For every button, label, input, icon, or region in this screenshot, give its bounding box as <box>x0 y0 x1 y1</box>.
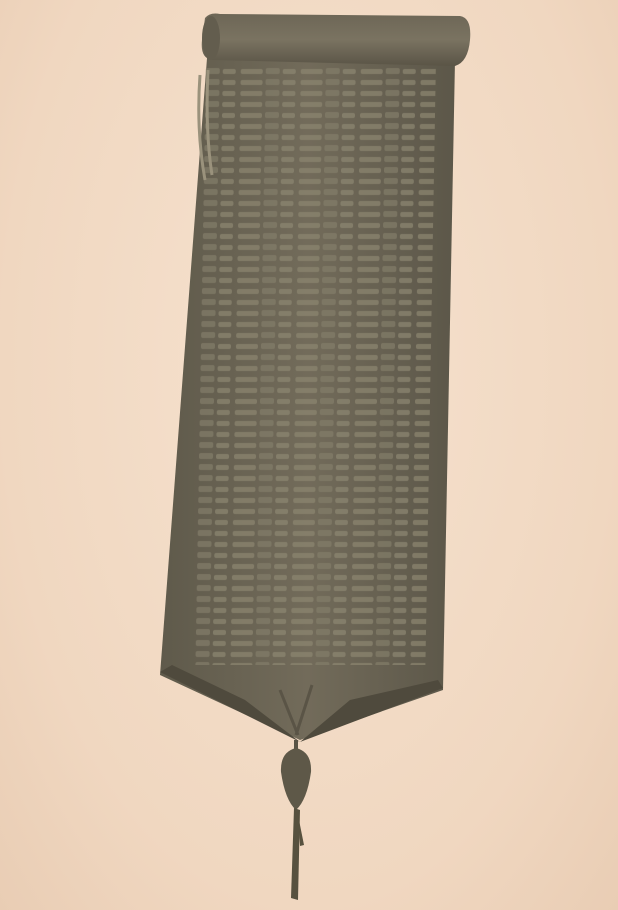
plaque-body <box>160 14 470 743</box>
bronze-scroll-plaque <box>0 0 618 910</box>
hanging-seal <box>281 740 311 900</box>
photograph <box>0 0 618 910</box>
